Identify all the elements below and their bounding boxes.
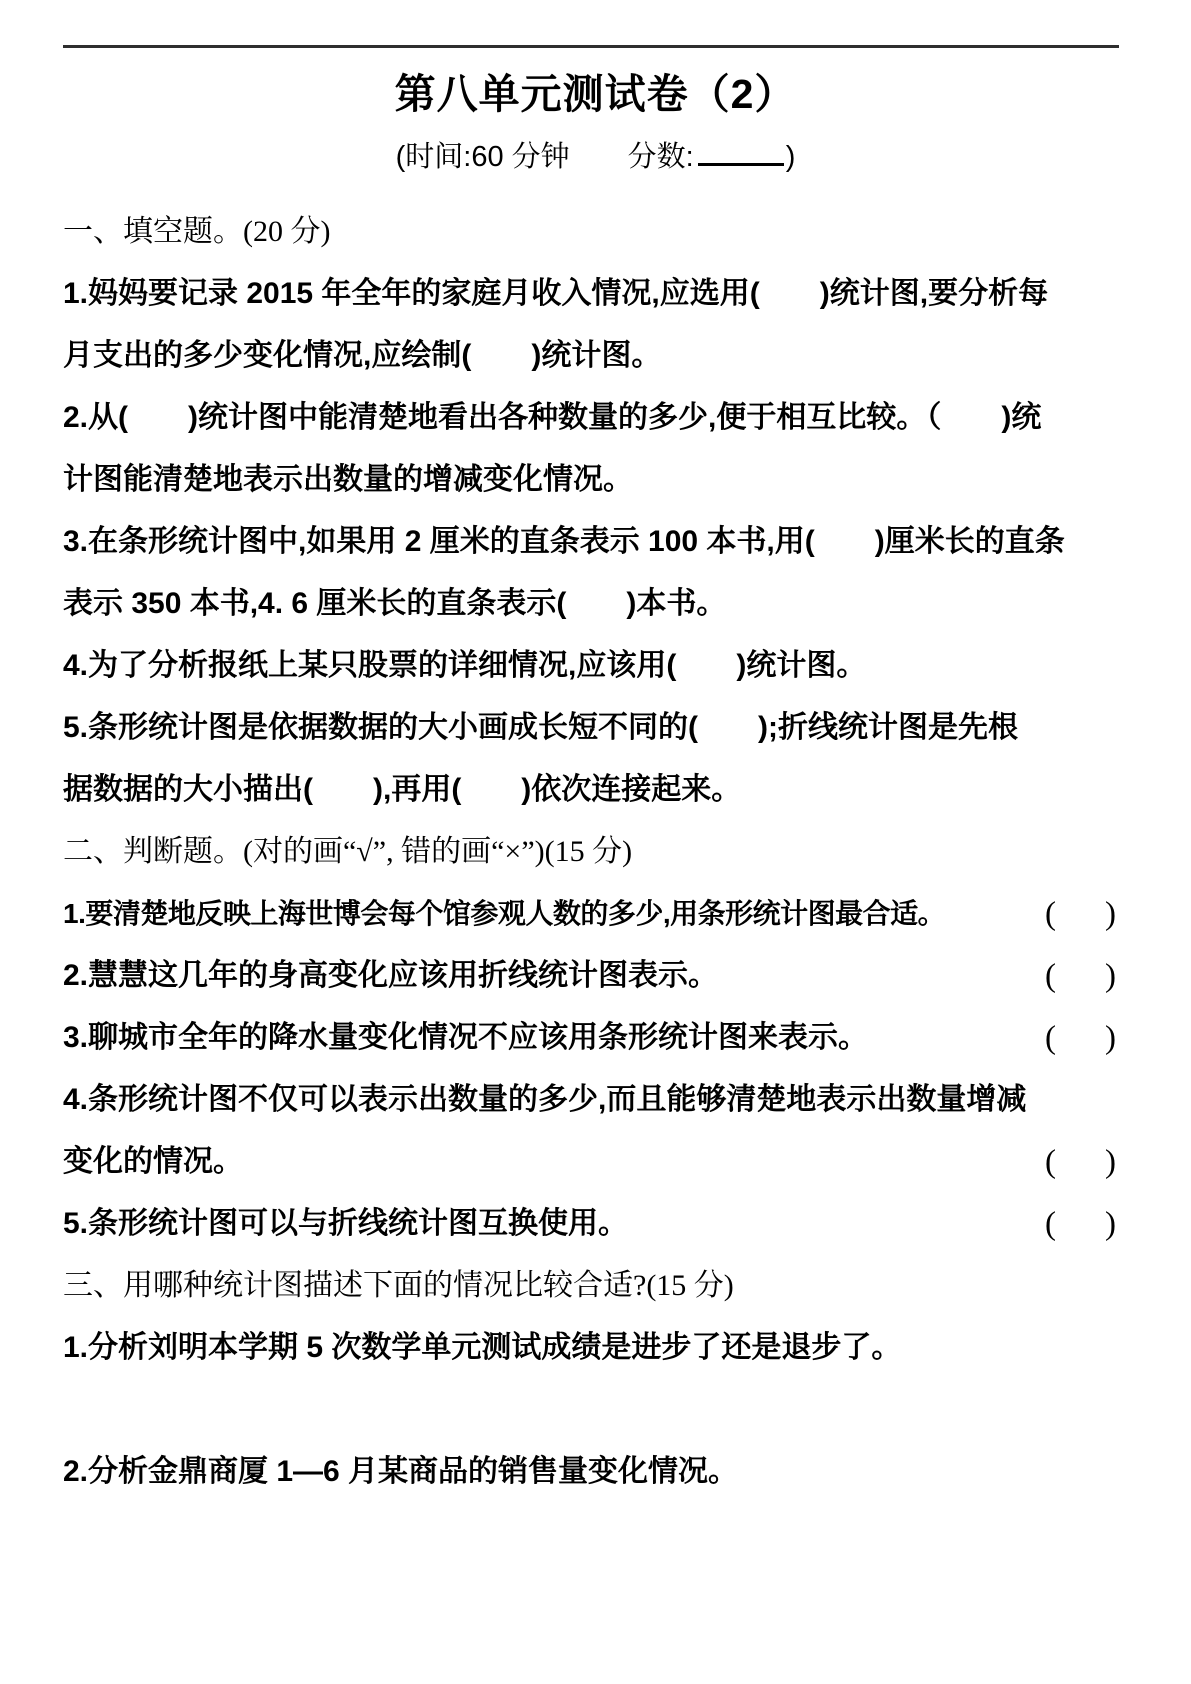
exam-meta-suffix: ) — [786, 141, 796, 173]
s1-q4: 4.为了分析报纸上某只股票的详细情况,应该用( )统计图。 — [63, 635, 1128, 697]
s1-q1-line2: 月支出的多少变化情况,应绘制( )统计图。 — [63, 325, 1128, 387]
s1-q2-line1: 2.从( )统计图中能清楚地看出各种数量的多少,便于相互比较。（ )统 — [63, 387, 1128, 449]
s1-q3-line1: 3.在条形统计图中,如果用 2 厘米的直条表示 100 本书,用( )厘米长的直… — [63, 511, 1128, 573]
answer-paren: ( ) — [1045, 1007, 1128, 1069]
s1-q2-line2: 计图能清楚地表示出数量的增减变化情况。 — [63, 449, 1128, 511]
exam-meta-prefix: (时间:60 分钟 分数: — [396, 141, 694, 173]
s2-q3: 3.聊城市全年的降水量变化情况不应该用条形统计图来表示。 ( ) — [63, 1007, 1128, 1069]
s3-q2: 2.分析金鼎商厦 1—6 月某商品的销售量变化情况。 — [63, 1441, 1128, 1503]
answer-paren: ( ) — [1045, 1131, 1128, 1193]
s1-q1-line1: 1.妈妈要记录 2015 年全年的家庭月收入情况,应选用( )统计图,要分析每 — [63, 263, 1128, 325]
top-rule — [63, 45, 1119, 48]
s1-q3-line2: 表示 350 本书,4. 6 厘米长的直条表示( )本书。 — [63, 573, 1128, 635]
s2-q2: 2.慧慧这几年的身高变化应该用折线统计图表示。 ( ) — [63, 945, 1128, 1007]
test-paper-page: 第八单元测试卷（2） (时间:60 分钟 分数:) 一、填空题。(20 分) 1… — [0, 0, 1191, 1684]
s2-q1-text: 1.要清楚地反映上海世博会每个馆参观人数的多少,用条形统计图最合适。 — [63, 883, 945, 945]
answer-paren: ( ) — [1045, 945, 1128, 1007]
s2-q4-line1: 4.条形统计图不仅可以表示出数量的多少,而且能够清楚地表示出数量增减 — [63, 1069, 1128, 1131]
section1-heading: 一、填空题。(20 分) — [63, 201, 1128, 263]
s2-q5: 5.条形统计图可以与折线统计图互换使用。 ( ) — [63, 1193, 1128, 1255]
s2-q5-text: 5.条形统计图可以与折线统计图互换使用。 — [63, 1193, 628, 1255]
section3-heading: 三、用哪种统计图描述下面的情况比较合适?(15 分) — [63, 1255, 1128, 1317]
s2-q1: 1.要清楚地反映上海世博会每个馆参观人数的多少,用条形统计图最合适。 ( ) — [63, 883, 1128, 945]
s2-q2-text: 2.慧慧这几年的身高变化应该用折线统计图表示。 — [63, 945, 718, 1007]
s1-q5-line2: 据数据的大小描出( ),再用( )依次连接起来。 — [63, 759, 1128, 821]
answer-paren: ( ) — [1045, 883, 1128, 945]
s3-q1: 1.分析刘明本学期 5 次数学单元测试成绩是进步了还是退步了。 — [63, 1317, 1128, 1379]
s2-q3-text: 3.聊城市全年的降水量变化情况不应该用条形统计图来表示。 — [63, 1007, 868, 1069]
exam-meta: (时间:60 分钟 分数:) — [0, 140, 1191, 175]
s1-q5-line1: 5.条形统计图是依据数据的大小画成长短不同的( );折线统计图是先根 — [63, 697, 1128, 759]
exam-body: 一、填空题。(20 分) 1.妈妈要记录 2015 年全年的家庭月收入情况,应选… — [63, 201, 1128, 1503]
s2-q4-line2: 变化的情况。 ( ) — [63, 1131, 1128, 1193]
spacer-line — [63, 1379, 1128, 1441]
answer-paren: ( ) — [1045, 1193, 1128, 1255]
score-blank — [698, 157, 784, 166]
page-title: 第八单元测试卷（2） — [0, 74, 1191, 115]
section2-heading: 二、判断题。(对的画“√”, 错的画“×”)(15 分) — [63, 821, 1128, 883]
s2-q4-line2-text: 变化的情况。 — [63, 1131, 243, 1193]
